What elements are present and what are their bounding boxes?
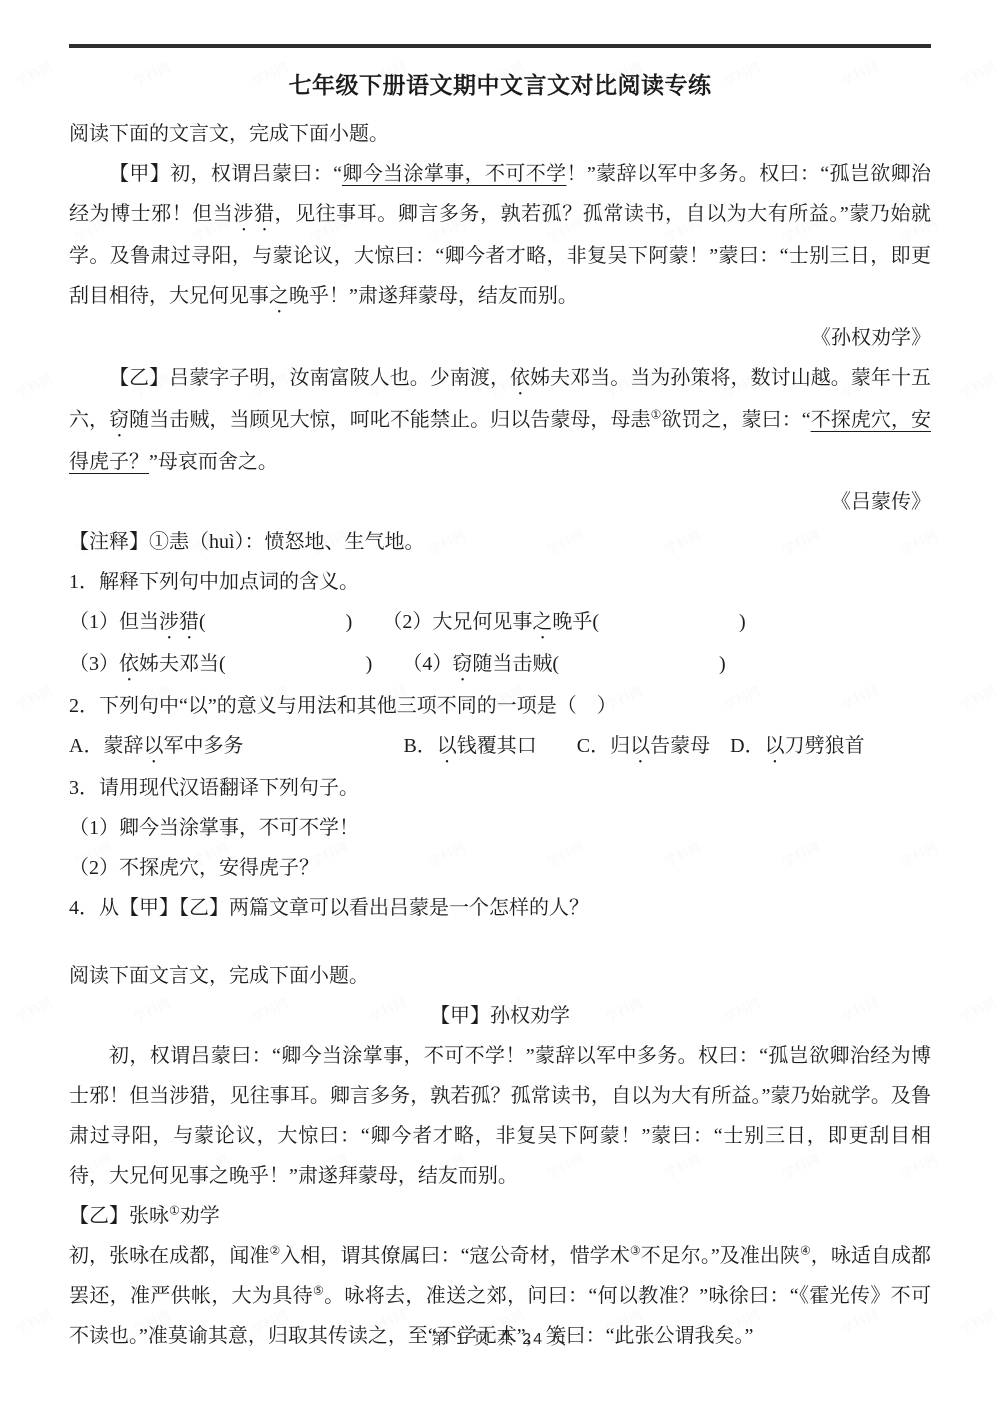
question-3: 3．请用现代汉语翻译下列句子。 — [69, 768, 931, 808]
notes-line: 【注释】①恚（huì）：愤怒地、生气地。 — [69, 522, 931, 562]
text-run: B． — [403, 735, 436, 757]
page-number-footer: 第 1 页 共 24 页 — [69, 1326, 931, 1349]
text-run: ( ) — [219, 653, 372, 675]
dotted-emphasis-text: 依 — [510, 367, 530, 389]
text-run: 不足尔。”及准出陕 — [641, 1245, 800, 1267]
text-run: 《吕蒙传》 — [831, 491, 931, 513]
dotted-emphasis-text: 之 — [532, 611, 552, 633]
text-run: （3） — [69, 653, 119, 675]
note-reference-superscript: ① — [169, 1203, 180, 1217]
text-run: 阅读下面的文言文，完成下面小题。 — [69, 123, 389, 145]
top-rule — [69, 44, 931, 48]
passage-jia-2-title: 【甲】孙权劝学 — [69, 996, 931, 1036]
text-run: 晚乎 — [552, 611, 592, 633]
dotted-emphasis-text: 以 — [630, 735, 650, 757]
source-sunquanquanxue: 《孙权劝学》 — [69, 318, 931, 358]
note-reference-superscript: ③ — [630, 1243, 641, 1257]
text-run: 姊夫邓当 — [139, 653, 219, 675]
dotted-emphasis-text: 以 — [437, 735, 457, 757]
page-title: 七年级下册语文期中文言文对比阅读专练 — [69, 70, 931, 102]
text-run: A．蒙辞 — [69, 735, 143, 757]
text-run: （1）卿今当涂掌事，不可不学！ — [69, 817, 359, 839]
dotted-emphasis-text: 以 — [143, 735, 163, 757]
text-run: 劝学 — [180, 1205, 220, 1227]
passage-jia: 【甲】初，权谓吕蒙曰：“卿今当涂掌事，不可不学！”蒙辞以军中多务。权曰：“孤岂欲… — [69, 154, 931, 318]
passage-yi: 【乙】吕蒙字子明，汝南富陂人也。少南渡，依姊夫邓当。当为孙策将，数讨山越。蒙年十… — [69, 358, 931, 482]
text-run: 【甲】孙权劝学 — [430, 1005, 570, 1027]
blanks-row-2: （3）依姊夫邓当( ) （4）窃随当击贼( ) — [69, 644, 931, 686]
text-run: 刀劈狼首 — [785, 735, 865, 757]
question-2: 2．下列句中“以”的意义与用法和其他三项不同的一项是（ ） — [69, 686, 931, 726]
text-run: 《孙权劝学》 — [811, 327, 931, 349]
passage-jia-2: 初，权谓吕蒙曰：“卿今当涂掌事，不可不学！”蒙辞以军中多务。权曰：“孤岂欲卿治经… — [69, 1036, 931, 1196]
options-row: A．蒙辞以军中多务 B．以钱覆其口 C．归以告蒙母 D．以刀劈狼首 — [69, 726, 931, 768]
text-run: （4） — [412, 653, 452, 675]
text-run: （2）大兄何见事 — [392, 611, 532, 633]
text-run: 随当击贼 — [472, 653, 552, 675]
dotted-emphasis-text: 依 — [119, 653, 139, 675]
text-run: ( ) — [552, 653, 725, 675]
dotted-emphasis-text: 以 — [765, 735, 785, 757]
intro-line-2: 阅读下面文言文，完成下面小题。 — [69, 956, 931, 996]
text-run: 军中多务 — [163, 735, 243, 757]
text-run: 钱覆其口 — [457, 735, 537, 757]
dotted-emphasis-text: 窃 — [452, 653, 472, 675]
text-run: 【乙】吕蒙字子明，汝南富陂人也。少南渡， — [109, 367, 510, 389]
source-lvmengzhuan: 《吕蒙传》 — [69, 482, 931, 522]
text-run: 【甲】初，权谓吕蒙曰：“ — [109, 163, 342, 185]
text-run — [372, 653, 412, 675]
text-run — [710, 735, 730, 757]
text-run: 阅读下面文言文，完成下面小题。 — [69, 965, 369, 987]
intro-line: 阅读下面的文言文，完成下面小题。 — [69, 114, 931, 154]
question-1: 1．解释下列句中加点词的含义。 — [69, 562, 931, 602]
translate-2: （2）不探虎穴，安得虎子？ — [69, 848, 931, 888]
underlined-text: 卿今当涂掌事，不可不学 — [342, 163, 567, 185]
text-run: 初，张咏在成都，闻准 — [69, 1245, 269, 1267]
text-run: 4．从【甲】【乙】两篇文章可以看出吕蒙是一个怎样的人？ — [69, 897, 589, 919]
section-gap — [69, 928, 931, 956]
text-run: 【乙】张咏 — [69, 1205, 169, 1227]
text-run: 晚乎！”肃遂拜蒙母，结友而别。 — [289, 285, 578, 307]
text-run: 初，权谓吕蒙曰：“卿今当涂掌事，不可不学！”蒙辞以军中多务。权曰：“孤岂欲卿治经… — [69, 1045, 931, 1187]
question-4: 4．从【甲】【乙】两篇文章可以看出吕蒙是一个怎样的人？ — [69, 888, 931, 928]
blanks-row-1: （1）但当涉猎( ) （2）大兄何见事之晚乎( ) — [69, 602, 931, 644]
passage-yi-2-title: 【乙】张咏①劝学 — [69, 1196, 931, 1236]
text-run — [243, 735, 403, 757]
text-run: 欲罚之，蒙曰：“ — [661, 409, 810, 431]
note-reference-superscript: ② — [269, 1243, 280, 1257]
text-run: 随当击贼，当顾见大惊，呵叱不能禁止。归以告蒙母，母恚 — [129, 409, 650, 431]
text-run — [352, 611, 392, 633]
text-run: 1．解释下列句中加点词的含义。 — [69, 571, 359, 593]
text-run: 3．请用现代汉语翻译下列句子。 — [69, 777, 359, 799]
text-run: ( ) — [592, 611, 745, 633]
text-run: ( ) — [199, 611, 352, 633]
text-run: 2．下列句中“以”的意义与用法和其他三项不同的一项是（ ） — [69, 695, 617, 717]
note-reference-superscript: ④ — [800, 1243, 811, 1257]
note-reference-superscript: ① — [651, 407, 662, 421]
dotted-emphasis-text: 之 — [269, 285, 289, 307]
text-run: （2）不探虎穴，安得虎子？ — [69, 857, 319, 879]
text-run: 入相，谓其僚属曰：“寇公奇材，惜学术 — [280, 1245, 630, 1267]
text-run — [537, 735, 577, 757]
document-body: 阅读下面的文言文，完成下面小题。【甲】初，权谓吕蒙曰：“卿今当涂掌事，不可不学！… — [69, 114, 931, 1356]
dotted-emphasis-text: 涉猎 — [233, 203, 274, 225]
note-reference-superscript: ⑤ — [313, 1283, 324, 1297]
dotted-emphasis-text: 窃 — [109, 409, 129, 431]
text-run: 【注释】①恚（huì）：愤怒地、生气地。 — [69, 531, 425, 553]
text-run: D． — [730, 735, 764, 757]
translate-1: （1）卿今当涂掌事，不可不学！ — [69, 808, 931, 848]
dotted-emphasis-text: 涉猎 — [159, 611, 199, 633]
text-run: C．归 — [577, 735, 630, 757]
text-run: （1）但当 — [69, 611, 159, 633]
text-run: ”母哀而舍之。 — [149, 451, 278, 473]
worksheet-page: 七年级下册语文期中文言文对比阅读专练 阅读下面的文言文，完成下面小题。【甲】初，… — [0, 0, 1000, 1414]
text-run: 告蒙母 — [650, 735, 710, 757]
